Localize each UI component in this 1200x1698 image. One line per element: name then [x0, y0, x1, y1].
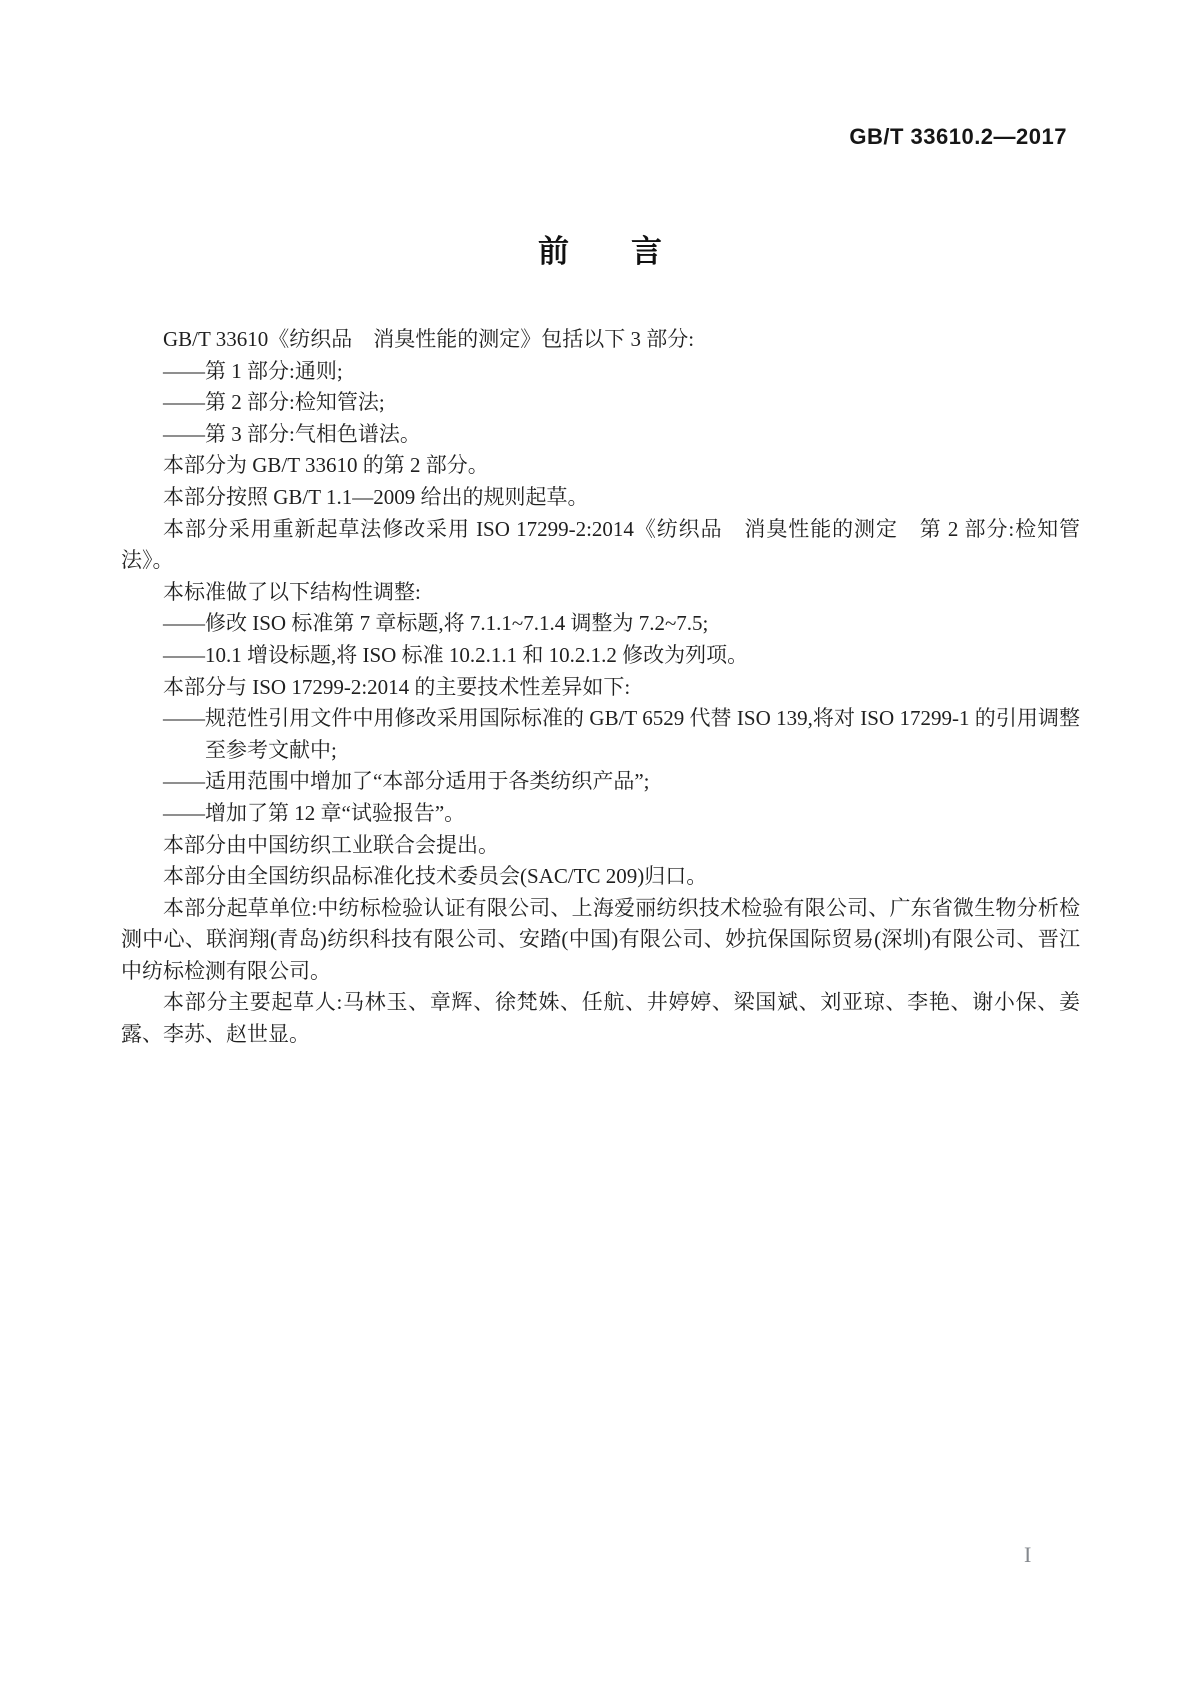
foreword-list-item: ——10.1 增设标题,将 ISO 标准 10.2.1.1 和 10.2.1.2… — [121, 640, 1080, 672]
foreword-paragraph: 本标准做了以下结构性调整: — [121, 577, 1080, 609]
foreword-list-item: ——适用范围中增加了“本部分适用于各类纺织产品”; — [121, 766, 1080, 798]
foreword-paragraph: 本部分为 GB/T 33610 的第 2 部分。 — [121, 450, 1080, 482]
foreword-list-item: ——修改 ISO 标准第 7 章标题,将 7.1.1~7.1.4 调整为 7.2… — [121, 608, 1080, 640]
foreword-paragraph: GB/T 33610《纺织品 消臭性能的测定》包括以下 3 部分: — [121, 324, 1080, 356]
foreword-paragraph: 本部分主要起草人:马林玉、章辉、徐梵姝、任航、井婷婷、梁国斌、刘亚琼、李艳、谢小… — [121, 987, 1080, 1050]
foreword-paragraph: 本部分采用重新起草法修改采用 ISO 17299-2:2014《纺织品 消臭性能… — [121, 514, 1080, 577]
foreword-list-item: ——规范性引用文件中用修改采用国际标准的 GB/T 6529 代替 ISO 13… — [121, 703, 1080, 766]
foreword-list-item: ——第 3 部分:气相色谱法。 — [121, 419, 1080, 451]
foreword-paragraph: 本部分起草单位:中纺标检验认证有限公司、上海爱丽纺织技术检验有限公司、广东省微生… — [121, 893, 1080, 988]
foreword-list-item: ——增加了第 12 章“试验报告”。 — [121, 798, 1080, 830]
document-page: GB/T 33610.2—2017 前 言 GB/T 33610《纺织品 消臭性… — [0, 0, 1200, 1698]
standard-code: GB/T 33610.2—2017 — [849, 124, 1067, 150]
foreword-paragraph: 本部分由中国纺织工业联合会提出。 — [121, 830, 1080, 862]
foreword-paragraph: 本部分由全国纺织品标准化技术委员会(SAC/TC 209)归口。 — [121, 861, 1080, 893]
foreword-paragraph: 本部分按照 GB/T 1.1—2009 给出的规则起草。 — [121, 482, 1080, 514]
page-number: I — [1024, 1542, 1031, 1568]
foreword-list-item: ——第 1 部分:通则; — [121, 356, 1080, 388]
foreword-paragraph: 本部分与 ISO 17299-2:2014 的主要技术性差异如下: — [121, 672, 1080, 704]
page-title: 前 言 — [0, 226, 1200, 271]
foreword-list-item: ——第 2 部分:检知管法; — [121, 387, 1080, 419]
foreword-body: GB/T 33610《纺织品 消臭性能的测定》包括以下 3 部分:——第 1 部… — [121, 324, 1080, 1051]
